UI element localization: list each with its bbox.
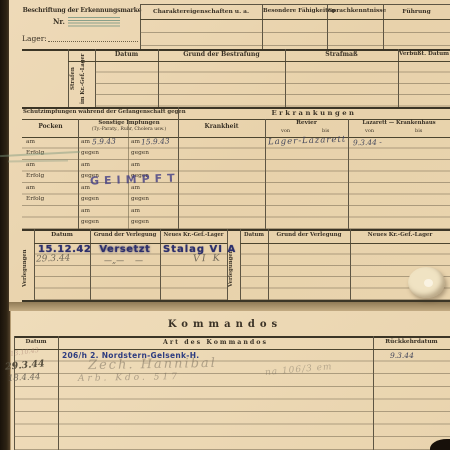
strafen-ruled-rows xyxy=(95,61,450,107)
section-rule xyxy=(22,229,450,231)
revier-header: Revier xyxy=(266,121,347,127)
verlegung-neues-header-r: Neues Kr.-Gef.-Lager xyxy=(351,233,449,239)
kommando-row3-art: Arb. Kdo. 517 xyxy=(78,373,180,384)
lazarett-header: Lazarett — Krankenhaus xyxy=(349,121,449,126)
lazarett-entry-date: 9.3.44 - xyxy=(353,139,382,147)
gegen-label: gegen xyxy=(81,151,99,157)
nr-redaction-lines xyxy=(68,17,120,28)
section-rule xyxy=(14,336,450,338)
rule xyxy=(140,32,450,33)
scanned-pow-record-card: Beschriftung der Erkennungsmarke Nr. Lag… xyxy=(0,0,450,450)
traits-header: Charaktereigenschaften u. a. xyxy=(141,9,261,15)
pocken-header: Pocken xyxy=(23,124,78,130)
strafen-datum-header: Datum xyxy=(96,52,157,58)
am-label: am xyxy=(131,186,140,192)
vaccination-date-1: 5.9.43 xyxy=(92,138,116,146)
erfolg-label: Erfolg xyxy=(26,174,44,180)
kommandos-ruled-rows xyxy=(14,349,450,450)
am-label: am xyxy=(26,140,35,146)
kommando-rueckkehr-header: Rückkehrdatum xyxy=(374,340,449,346)
am-label: am xyxy=(131,209,140,215)
kommando-art-header: Art des Kommandos xyxy=(59,340,372,346)
revier-von-label: von xyxy=(281,129,290,134)
lazarett-bis-label: bis xyxy=(415,129,422,134)
gegen-label: gegen xyxy=(81,220,99,226)
lager-dotted-line xyxy=(48,33,138,42)
gegen-label: gegen xyxy=(131,151,149,157)
abilities-header: Besondere Fähigkeiten xyxy=(263,9,326,15)
sonstige-header-1: Sonstige Impfungen xyxy=(79,121,179,126)
am-label: am xyxy=(26,163,35,169)
strafen-grund-header: Grund der Bestrafung xyxy=(159,52,284,58)
strafen-side-label-2: im Kr.-Gef.-Lager xyxy=(81,51,86,106)
rule xyxy=(140,19,450,20)
versetzt-stamp-text: Versetzt xyxy=(99,244,150,255)
gegen-label: gegen xyxy=(131,197,149,203)
kommandos-title: Kommandos xyxy=(130,320,320,330)
erkrankungen-title: Erkrankungen xyxy=(178,110,450,117)
verlegung-grund-header-r: Grund der Verlegung xyxy=(269,233,349,239)
punch-hole-highlight xyxy=(424,279,433,287)
lager-label: Lager: xyxy=(22,35,47,43)
rule xyxy=(140,45,450,46)
am-label: am xyxy=(131,163,140,169)
conduct-header: Führung xyxy=(384,9,449,15)
card-bottom-rule xyxy=(22,300,450,302)
revier-bis-label: bis xyxy=(322,129,329,134)
verlegung-datum-header-l: Datum xyxy=(35,233,89,239)
rule xyxy=(140,4,450,5)
impfungen-title: Schutzimpfungen während der Gefangenscha… xyxy=(23,110,178,115)
am-label: am xyxy=(131,140,140,146)
sonstige-header-2: (Ty.-Paraty., Ruhr, Cholera usw.) xyxy=(79,128,179,133)
strafen-verbuesst-header: Verbüßt. Datum xyxy=(399,52,449,58)
transfer-ditto-hand: —„— xyxy=(104,257,124,265)
verlegungen-side-label-left: Verlegungen xyxy=(23,238,28,298)
transfer-date-hand: 29.3.44 xyxy=(36,254,71,264)
am-label: am xyxy=(81,209,90,215)
am-label: am xyxy=(81,140,90,146)
languages-header: Sprachkenntnisse xyxy=(328,9,382,15)
gegen-label: gegen xyxy=(81,197,99,203)
kommando-datum-header: Datum xyxy=(15,340,57,346)
kommando-row1-return: 9.3.44 xyxy=(390,352,414,360)
am-label: am xyxy=(26,186,35,192)
erfolg-label: Erfolg xyxy=(26,197,44,203)
am-label: am xyxy=(81,186,90,192)
verlegung-datum-header-r: Datum xyxy=(241,233,267,238)
am-label: am xyxy=(81,163,90,169)
verlegung-grund-header-l: Grund der Verlegung xyxy=(91,233,159,238)
divider xyxy=(227,229,228,300)
gegen-label: gegen xyxy=(131,220,149,226)
vaccination-date-2: 15.9.43 xyxy=(141,138,170,146)
transfer-camp-hand: VI K xyxy=(193,254,222,264)
geimpft-stamp: GEIMPFT xyxy=(90,172,180,186)
strafen-strafmass-header: Strafmaß xyxy=(286,52,397,58)
kommando-row3-date: 18.4.44 xyxy=(8,373,41,383)
verlegung-neues-header-l: Neues Kr.-Gef.-Lager xyxy=(161,233,226,238)
lazarett-von-label: von xyxy=(365,129,374,134)
kommando-row2-art: Zech. Hannibal xyxy=(88,357,217,372)
nr-label: Nr. xyxy=(53,18,65,25)
divider xyxy=(68,49,69,107)
erkennungsmarke-label: Beschriftung der Erkennungsmarke xyxy=(22,8,142,14)
krankheit-header: Krankheit xyxy=(179,124,264,130)
transfer-dash-hand: — xyxy=(135,257,143,265)
card-gap xyxy=(9,302,450,311)
